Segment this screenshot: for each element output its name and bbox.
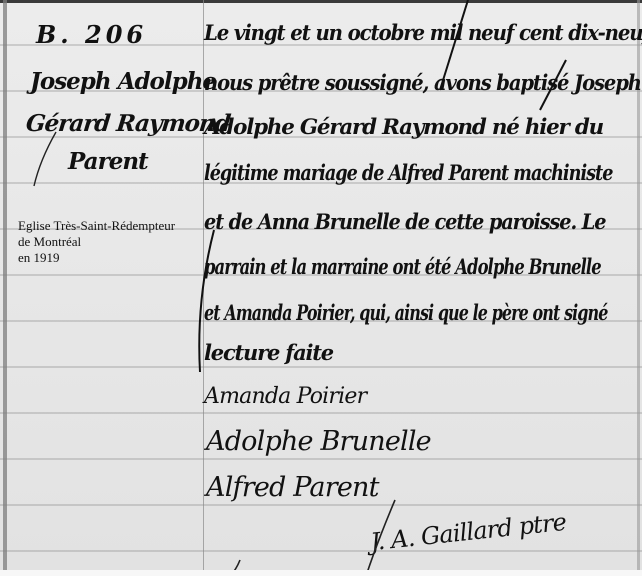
record-line-4: légitime mariage de Alfred Parent machin…	[204, 160, 612, 185]
left-margin-rule	[3, 0, 7, 570]
child-name-line-3: Parent	[68, 148, 148, 175]
child-name-line-2: Gérard Raymond	[25, 110, 232, 137]
signature-father: Alfred Parent	[206, 472, 379, 503]
page-top-border	[0, 0, 642, 3]
record-line-3: Adolphe Gérard Raymond né hier du	[204, 114, 603, 139]
signature-godfather: Adolphe Brunelle	[206, 426, 431, 457]
child-name-line-1: Joseph Adolphe	[30, 68, 216, 95]
caption-line-year: en 1919	[18, 250, 175, 266]
record-line-7: et Amanda Poirier, qui, ainsi que le pèr…	[204, 300, 607, 325]
register-page: B. 206 Joseph Adolphe Gérard Raymond Par…	[0, 0, 642, 576]
church-caption: Eglise Très-Saint-Rédempteur de Montréal…	[18, 218, 175, 266]
record-line-6: parrain et la marraine ont été Adolphe B…	[204, 254, 601, 279]
entry-number: B. 206	[36, 20, 147, 49]
page-bottom-edge	[0, 570, 642, 576]
record-line-1: Le vingt et un octobre mil neuf cent dix…	[204, 20, 642, 45]
caption-line-city: de Montréal	[18, 234, 175, 250]
record-line-2: nous prêtre soussigné, avons baptisé Jos…	[204, 70, 641, 95]
caption-line-church: Eglise Très-Saint-Rédempteur	[18, 218, 175, 234]
record-line-5: et de Anna Brunelle de cette paroisse. L…	[204, 209, 605, 234]
record-line-8: lecture faite	[204, 340, 333, 365]
signature-priest: J. A. Gaillard ptre	[369, 508, 567, 556]
signature-godmother: Amanda Poirier	[204, 384, 366, 409]
